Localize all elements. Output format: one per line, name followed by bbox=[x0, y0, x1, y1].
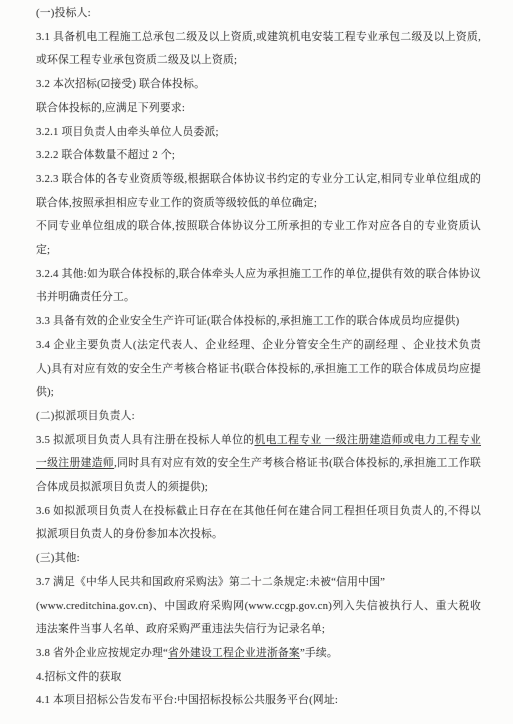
text-run: 3.8 省外企业应按规定办理“ bbox=[36, 647, 168, 659]
text-run: 4.1 本项目招标公告发布平台:中国招标投标公共服务平台(网址: bbox=[36, 694, 338, 706]
text-run: 3.2.3 联合体的各专业资质等级,根据联合体协议书约定的专业分工认定,相同专业… bbox=[36, 173, 481, 209]
text-run: ”手续。 bbox=[300, 647, 338, 659]
document-page: (一)投标人:3.1 具备机电工程施工总承包二级及以上资质,或建筑机电安装工程专… bbox=[0, 0, 513, 724]
section-heading-bidder: (一)投标人: bbox=[36, 2, 481, 26]
text-run: 联合体投标的,应满足下列要求: bbox=[36, 102, 185, 114]
clause-3-2-intro: 联合体投标的,应满足下列要求: bbox=[36, 97, 481, 121]
text-run: 4.招标文件的获取 bbox=[36, 671, 121, 683]
clause-3-1: 3.1 具备机电工程施工总承包二级及以上资质,或建筑机电安装工程专业承包二级及以… bbox=[36, 26, 481, 73]
clause-3-2-3: 3.2.3 联合体的各专业资质等级,根据联合体协议书约定的专业分工认定,相同专业… bbox=[36, 168, 481, 215]
text-run: (一)投标人: bbox=[36, 7, 91, 19]
text-run: 3.2.1 项目负责人由牵头单位人员委派; bbox=[36, 126, 219, 138]
text-run: 接受) 联合体投标。 bbox=[110, 78, 205, 90]
section-heading-project-manager: (二)拟派项目负责人: bbox=[36, 405, 481, 429]
text-run: 不同专业单位组成的联合体,按照联合体协议分工所承担的专业工作对应各自的专业资质认… bbox=[36, 220, 481, 256]
text-run: 3.4 企业主要负责人(法定代表人、企业经理、企业分管安全生产的副经理 、企业技… bbox=[36, 339, 481, 398]
clause-3-2: 3.2 本次招标(☑接受) 联合体投标。 bbox=[36, 73, 481, 97]
text-run: (www.creditchina.gov.cn)、中国政府采购网(www.ccg… bbox=[36, 600, 481, 636]
clause-3-2-2: 3.2.2 联合体数量不超过 2 个; bbox=[36, 144, 481, 168]
clause-3-6: 3.6 如拟派项目负责人在投标截止日存在在其他任何在建合同工程担任项目负责人的,… bbox=[36, 500, 481, 547]
checkbox-checked-icon: ☑ bbox=[101, 78, 111, 90]
clause-3-7: 3.7 满足《中华人民共和国政府采购法》第二十二条规定:未被“信用中国” bbox=[36, 571, 481, 595]
text-run: 3.2 本次招标( bbox=[36, 78, 101, 90]
clause-3-2-3-continued: 不同专业单位组成的联合体,按照联合体协议分工所承担的专业工作对应各自的专业资质认… bbox=[36, 215, 481, 262]
text-run: 3.2.4 其他:如为联合体投标的,联合体牵头人应为承担施工工作的单位,提供有效… bbox=[36, 268, 481, 304]
clause-4-1: 4.1 本项目招标公告发布平台:中国招标投标公共服务平台(网址: bbox=[36, 689, 481, 713]
section-heading-other: (三)其他: bbox=[36, 547, 481, 571]
text-run: 3.5 拟派项目负责人具有注册在投标人单位的 bbox=[36, 434, 254, 446]
underlined-text-run: 省外建设工程企业进浙备案 bbox=[168, 647, 300, 659]
text-run: 3.3 具备有效的企业安全生产许可证(联合体投标的,承担施工工作的联合体成员均应… bbox=[36, 315, 459, 327]
clause-3-7-continued: (www.creditchina.gov.cn)、中国政府采购网(www.ccg… bbox=[36, 595, 481, 642]
section-heading-obtain-documents: 4.招标文件的获取 bbox=[36, 666, 481, 690]
document-body: (一)投标人:3.1 具备机电工程施工总承包二级及以上资质,或建筑机电安装工程专… bbox=[36, 2, 481, 713]
text-run: 3.2.2 联合体数量不超过 2 个; bbox=[36, 149, 175, 161]
clause-3-2-4: 3.2.4 其他:如为联合体投标的,联合体牵头人应为承担施工工作的单位,提供有效… bbox=[36, 263, 481, 310]
clause-3-5: 3.5 拟派项目负责人具有注册在投标人单位的机电工程专业 一级注册建造师或电力工… bbox=[36, 429, 481, 500]
clause-3-2-1: 3.2.1 项目负责人由牵头单位人员委派; bbox=[36, 121, 481, 145]
text-run: (二)拟派项目负责人: bbox=[36, 410, 135, 422]
text-run: 3.6 如拟派项目负责人在投标截止日存在在其他任何在建合同工程担任项目负责人的,… bbox=[36, 505, 481, 541]
clause-3-8: 3.8 省外企业应按规定办理“省外建设工程企业进浙备案”手续。 bbox=[36, 642, 481, 666]
clause-3-4: 3.4 企业主要负责人(法定代表人、企业经理、企业分管安全生产的副经理 、企业技… bbox=[36, 334, 481, 405]
text-run: 3.1 具备机电工程施工总承包二级及以上资质,或建筑机电安装工程专业承包二级及以… bbox=[36, 31, 481, 67]
text-run: (三)其他: bbox=[36, 552, 80, 564]
text-run: 3.7 满足《中华人民共和国政府采购法》第二十二条规定:未被“信用中国” bbox=[36, 576, 385, 588]
clause-3-3: 3.3 具备有效的企业安全生产许可证(联合体投标的,承担施工工作的联合体成员均应… bbox=[36, 310, 481, 334]
